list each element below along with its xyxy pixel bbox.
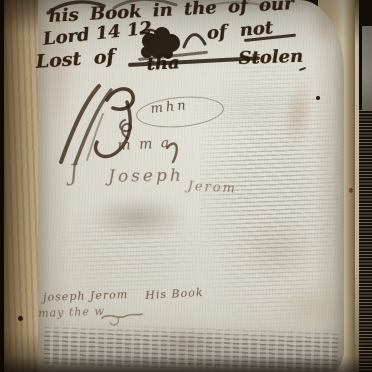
bottom-inscription-date: may the w <box>38 306 105 319</box>
adjacent-print-texture <box>359 110 372 372</box>
bottom-inscription-book: His Book <box>145 287 204 301</box>
ink-speck-3 <box>18 316 23 321</box>
faint-stain-2 <box>276 282 348 334</box>
smudge-stain <box>90 196 186 240</box>
adjacent-board-panel <box>359 26 372 110</box>
adjacent-page-column <box>359 0 372 372</box>
pen-trial-scribble: mhn <box>150 99 189 116</box>
corner-shadow <box>359 0 372 26</box>
book-photo: his Book in the of our Lord 14 12 of not… <box>0 0 372 372</box>
signature-initial: J <box>68 163 79 186</box>
edge-speck <box>349 188 353 193</box>
pen-squiggle <box>182 29 208 51</box>
signature-first-name: Joseph <box>108 168 184 186</box>
bottom-inscription-name: joseph Jerom <box>43 289 128 303</box>
faint-stain <box>240 218 316 280</box>
signature-last-name: Jerom <box>187 180 237 196</box>
inscription-line-3-left: Lost of <box>35 47 115 71</box>
pen-trial-letters: m m a <box>117 136 171 153</box>
bottom-squiggle <box>100 310 144 324</box>
bottom-stain <box>154 328 218 358</box>
ink-speck-1 <box>316 96 320 100</box>
book-page: his Book in the of our Lord 14 12 of not… <box>38 0 344 372</box>
